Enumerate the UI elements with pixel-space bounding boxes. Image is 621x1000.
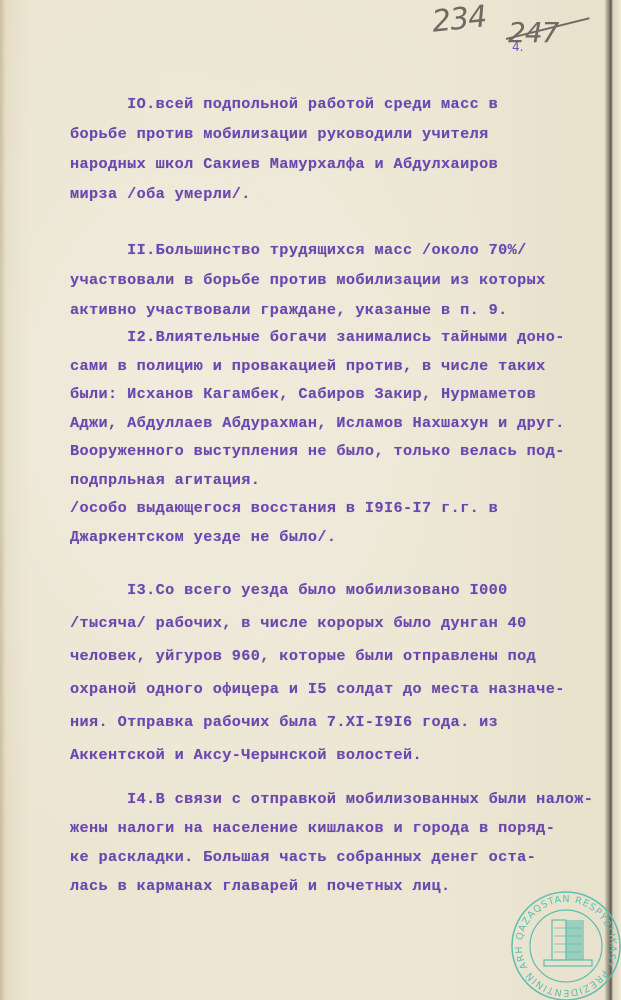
archive-building-icon <box>544 920 592 966</box>
paragraph-14-line: лась в карманах главарей и почетных лиц. <box>70 877 451 895</box>
paragraph-14-line: ке раскладки. Большая часть собранных де… <box>70 848 536 866</box>
paragraph-12-line: I2.Влиятельные богачи занимались тайными… <box>70 328 565 346</box>
paragraph-12-line: сами в полицию и провакацией против, в ч… <box>70 357 546 375</box>
document-page: 234 247 4. IO.всей подпольной работой ср… <box>0 0 621 1000</box>
paragraph-11-line: участвовали в борьбе против мобилизации … <box>70 271 546 289</box>
paragraph-12-line: подпрльная агитация. <box>70 471 260 489</box>
paragraph-12-line: Вооруженного выступления не было, только… <box>70 442 565 460</box>
paragraph-10-line: мирза /оба умерли/. <box>70 185 251 203</box>
paragraph-14-line: жены налоги на население кишлаков и горо… <box>70 819 555 837</box>
paragraph-13-line: ния. Отправка рабочих была 7.XI-I9I6 год… <box>70 713 498 731</box>
paragraph-12-line: Аджи, Абдуллаев Абдурахман, Исламов Нахш… <box>70 414 565 432</box>
page-binding-edge <box>605 0 621 1000</box>
folio-ink-mark: 4. <box>512 40 523 54</box>
archive-stamp: QAZAQSTAN RESPÝBLIKASY PREZIDENTINIŃ ARH… <box>510 890 621 1000</box>
paragraph-13-line: I3.Со всего уезда было мобилизовано I000 <box>70 581 508 599</box>
paragraph-13-line: /тысяча/ рабочих, в числе корорых было д… <box>70 614 527 632</box>
paragraph-12-line: /особо выдающегося восстания в I9I6-I7 г… <box>70 499 498 517</box>
paragraph-10-line: IO.всей подпольной работой среди масс в <box>70 95 498 113</box>
paragraph-14-line: I4.В связи с отправкой мобилизованных бы… <box>70 790 593 808</box>
paragraph-13-line: Аккентской и Аксу-Черынской волостей. <box>70 746 422 764</box>
paragraph-10-line: борьбе против мобилизации руководили учи… <box>70 125 489 143</box>
paragraph-13-line: охраной одного офицера и I5 солдат до ме… <box>70 680 565 698</box>
paragraph-12-line: были: Исханов Кагамбек, Сабиров Закир, Н… <box>70 385 536 403</box>
paragraph-11-line: II.Большинство трудящихся масс /около 70… <box>70 241 527 259</box>
paragraph-11-line: активно участвовали граждане, указаные в… <box>70 301 508 319</box>
folio-number-current: 234 <box>430 0 488 40</box>
paragraph-12-line: Джаркентском уезде не было/. <box>70 528 336 546</box>
paragraph-13-line: человек, уйгуров 960, которые были отпра… <box>70 647 536 665</box>
paragraph-10-line: народных школ Сакиев Мамурхалфа и Абдулх… <box>70 155 498 173</box>
